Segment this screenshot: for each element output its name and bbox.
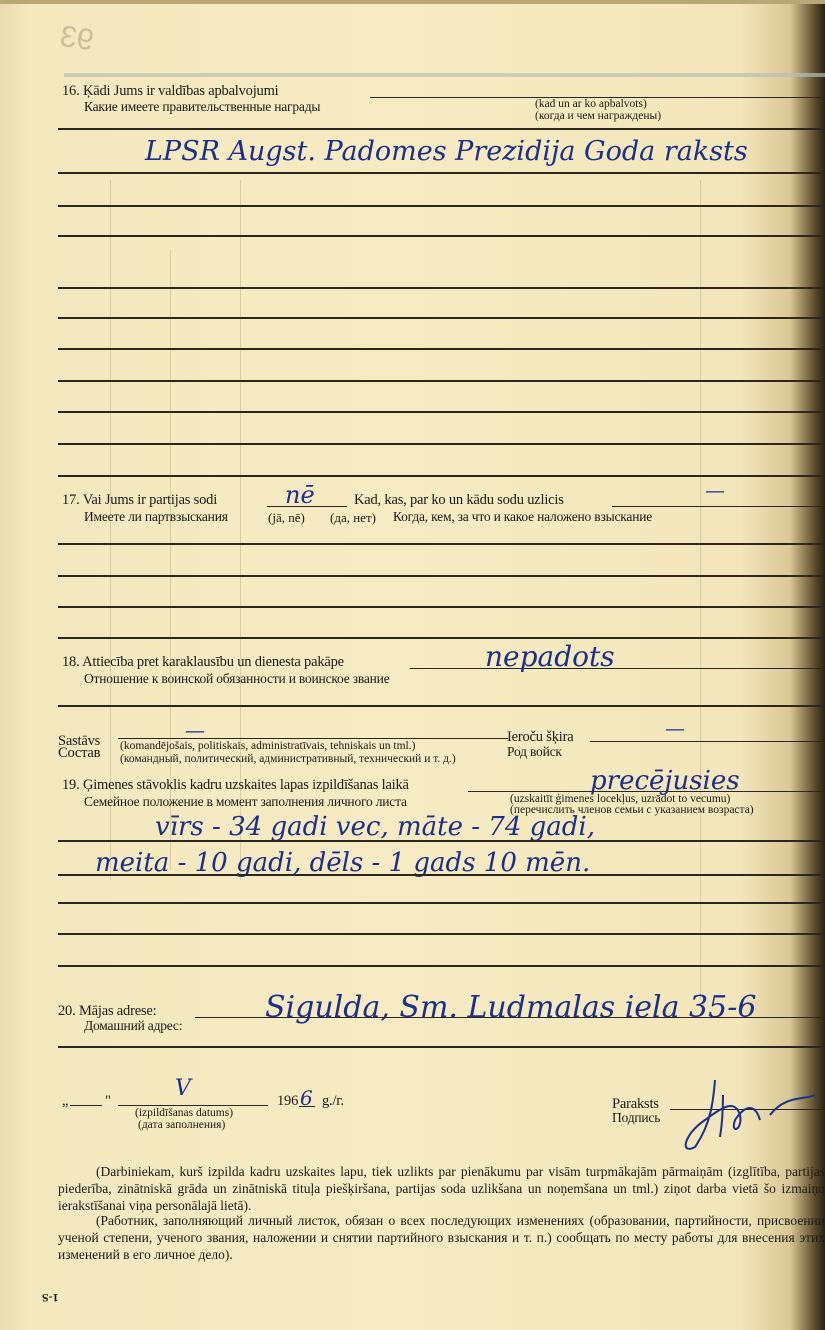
- sastavs-blank: [118, 738, 508, 739]
- rule-line: [58, 443, 825, 445]
- date-quote-close: ": [105, 1093, 111, 1110]
- rule-line: [58, 380, 825, 382]
- ierocu-blank: [590, 741, 825, 742]
- q20-label-ru: Домашний адрес:: [84, 1018, 182, 1034]
- page-top-edge: [0, 0, 825, 4]
- rule-line: [58, 1046, 825, 1048]
- rule-line: [58, 606, 825, 608]
- rule-line: [58, 348, 825, 350]
- signature-scribble-icon: [675, 1075, 825, 1155]
- rule-line: [58, 205, 825, 207]
- q18-answer[interactable]: nepadots: [485, 640, 615, 673]
- q19-family-line1[interactable]: vīrs - 34 gadi vec, māte - 74 gadi,: [155, 812, 595, 842]
- q16-hint-lv: (kad un ar ko apbalvots): [535, 98, 647, 110]
- rule-line: [58, 933, 825, 935]
- q19-label-lv: 19. Ģimenes stāvoklis kadru uzskaites la…: [62, 777, 409, 794]
- signature-label-ru: Подпись: [612, 1110, 660, 1126]
- q17-label-ru: Имеете ли партвзыскания: [84, 509, 228, 525]
- date-hint-lv: (izpildīšanas datums): [135, 1107, 233, 1119]
- date-year-blank: [299, 1106, 315, 1107]
- q18-label-ru: Отношение к воинской обязанности и воинс…: [84, 671, 390, 687]
- q17-yn-ru: (да, нет): [330, 510, 376, 526]
- q19-label-ru: Семейное положение в момент заполнения л…: [84, 794, 407, 810]
- rule-line: [58, 874, 825, 876]
- date-year-prefix: 196: [277, 1093, 298, 1110]
- sastavs-hint-ru: (командный, политический, административн…: [120, 753, 456, 765]
- ierocu-answer[interactable]: —: [665, 716, 685, 740]
- q17-detail-ru: Когда, кем, за что и какое наложено взыс…: [393, 509, 652, 525]
- ghost-grid-line: [240, 180, 241, 880]
- rule-line: [58, 705, 825, 707]
- ierocu-label-ru: Род войск: [507, 744, 562, 760]
- bleed-through-page-number: 93: [58, 20, 96, 58]
- q16-answer[interactable]: LPSR Augst. Padomes Prezidija Goda rakst…: [145, 136, 748, 167]
- q17-answer-detail[interactable]: —: [705, 478, 725, 502]
- rule-line: [58, 317, 825, 319]
- rule-line: [58, 543, 825, 545]
- date-quote-open: „: [62, 1093, 68, 1110]
- note-lv: (Darbiniekam, kurš izpilda kadru uzskait…: [58, 1163, 825, 1214]
- q18-blank: [410, 668, 825, 669]
- rule-line: [58, 172, 825, 174]
- q16-label-lv: 16. Ķādi Jums ir valdības apbalvojumi: [62, 83, 279, 100]
- date-month-answer[interactable]: V: [175, 1076, 191, 1101]
- q17-answer-yn[interactable]: nē: [285, 481, 315, 509]
- q20-answer[interactable]: Sigulda, Sm. Ludmalas iela 35-6: [265, 990, 756, 1025]
- rule-line: [58, 965, 825, 967]
- q17-detail-blank: [612, 506, 825, 507]
- date-day-blank: [70, 1105, 102, 1106]
- ghost-grid-line: [110, 180, 111, 880]
- rule-line: [58, 637, 825, 639]
- header-bar: [64, 73, 825, 77]
- sastavs-label-ru: Состав: [58, 745, 100, 762]
- sastavs-hint-lv: (komandējošais, politiskais, administrat…: [120, 740, 415, 752]
- rule-line: [58, 287, 825, 289]
- footer-mark: 1-S: [42, 1290, 59, 1305]
- rule-line: [58, 411, 825, 413]
- date-year-suffix: g./г.: [322, 1093, 344, 1110]
- rule-line: [58, 575, 825, 577]
- rule-line: [58, 235, 825, 237]
- q17-label-lv: 17. Vai Jums ir partijas sodi: [62, 492, 217, 509]
- q18-label-lv: 18. Attiecība pret karaklausību un diene…: [62, 654, 344, 671]
- rule-line: [58, 902, 825, 904]
- q16-hint-ru: (когда и чем награждены): [535, 110, 661, 122]
- q20-blank: [195, 1017, 825, 1018]
- rule-line: [58, 128, 825, 130]
- q17-detail-lv: Kad, kas, par ko un kādu sodu uzlicis: [354, 492, 564, 509]
- date-month-blank: [118, 1105, 268, 1106]
- rule-line: [58, 840, 825, 842]
- q16-label-ru: Какие имеете правительственные награды: [84, 99, 320, 115]
- q17-yn-lv: (jā, nē): [268, 510, 305, 526]
- date-hint-ru: (дата заполнения): [138, 1119, 225, 1131]
- ghost-grid-line: [700, 180, 701, 1000]
- q19-answer[interactable]: precējusies: [590, 766, 740, 796]
- rule-line: [58, 475, 825, 477]
- note-ru: (Работник, заполняющий личный листок, об…: [58, 1212, 825, 1263]
